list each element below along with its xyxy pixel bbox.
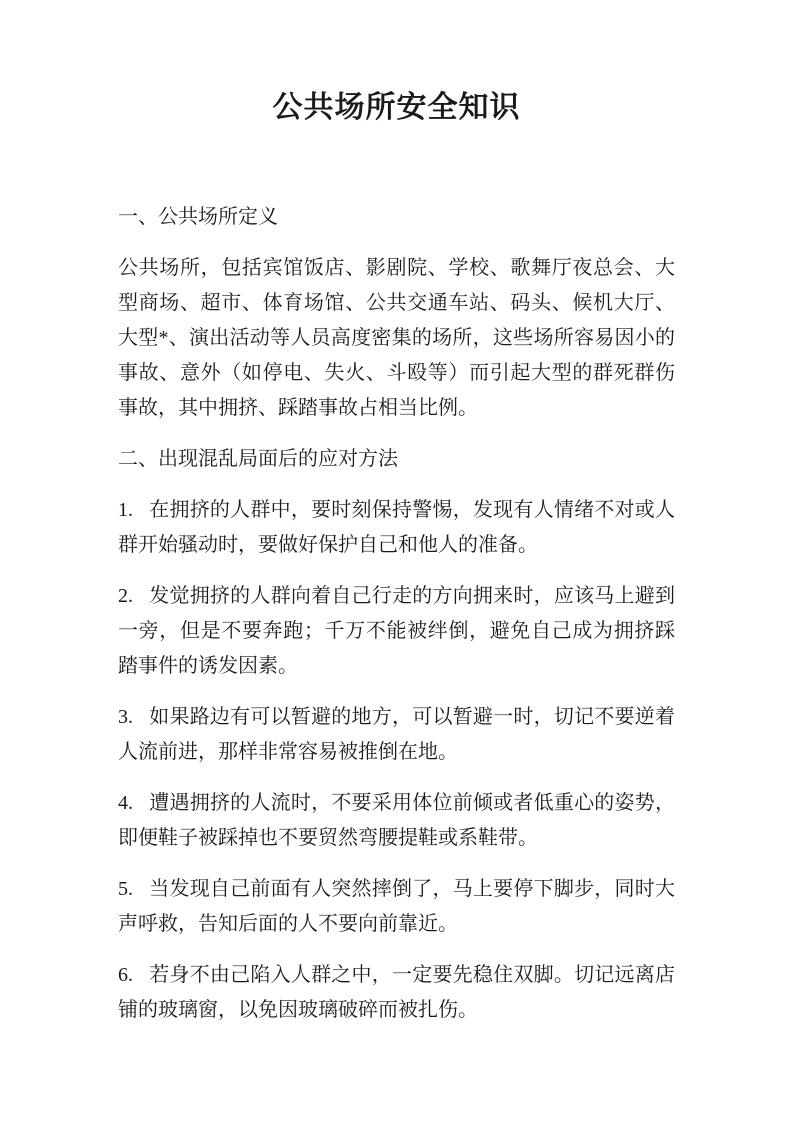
section-heading-definition: 一、公共场所定义 [118,200,675,235]
list-item: 1.在拥挤的人群中，要时刻保持警惕，发现有人情绪不对或人群开始骚动时，要做好保护… [118,493,675,563]
list-item: 3.如果路边有可以暂避的地方，可以暂避一时，切记不要逆着人流前进，那样非常容易被… [118,700,675,770]
document-title: 公共场所安全知识 [118,88,675,128]
document-page: 公共场所安全知识 一、公共场所定义 公共场所，包括宾馆饭店、影剧院、学校、歌舞厅… [0,0,793,1122]
list-item: 4.遭遇拥挤的人流时，不要采用体位前倾或者低重心的姿势，即便鞋子被踩掉也不要贸然… [118,786,675,856]
list-item-text: 遭遇拥挤的人流时，不要采用体位前倾或者低重心的姿势，即便鞋子被踩掉也不要贸然弯腰… [118,792,675,849]
list-item: 2.发觉拥挤的人群向着自己行走的方向拥来时，应该马上避到一旁，但是不要奔跑；千万… [118,579,675,684]
list-item-text: 发觉拥挤的人群向着自己行走的方向拥来时，应该马上避到一旁，但是不要奔跑；千万不能… [118,585,675,677]
list-item-text: 如果路边有可以暂避的地方，可以暂避一时，切记不要逆着人流前进，那样非常容易被推倒… [118,706,675,763]
list-item-text: 在拥挤的人群中，要时刻保持警惕，发现有人情绪不对或人群开始骚动时，要做好保护自己… [118,499,675,556]
list-item-text: 当发现自己前面有人突然摔倒了，马上要停下脚步，同时大声呼救，告知后面的人不要向前… [118,878,675,935]
list-item-number: 5. [118,872,149,907]
list-item: 6.若身不由己陷入人群之中，一定要先稳住双脚。切记远离店铺的玻璃窗，以免因玻璃破… [118,958,675,1028]
list-item-number: 3. [118,700,149,735]
list-item-number: 1. [118,493,149,528]
list-item: 5.当发现自己前面有人突然摔倒了，马上要停下脚步，同时大声呼救，告知后面的人不要… [118,872,675,942]
list-item-number: 6. [118,958,149,993]
list-item-number: 2. [118,579,149,614]
definition-paragraph: 公共场所，包括宾馆饭店、影剧院、学校、歌舞厅夜总会、大型商场、超市、体育场馆、公… [118,251,675,426]
section-heading-methods: 二、出现混乱局面后的应对方法 [118,442,675,477]
list-item-text: 若身不由己陷入人群之中，一定要先稳住双脚。切记远离店铺的玻璃窗，以免因玻璃破碎而… [118,964,675,1021]
list-item-number: 4. [118,786,149,821]
